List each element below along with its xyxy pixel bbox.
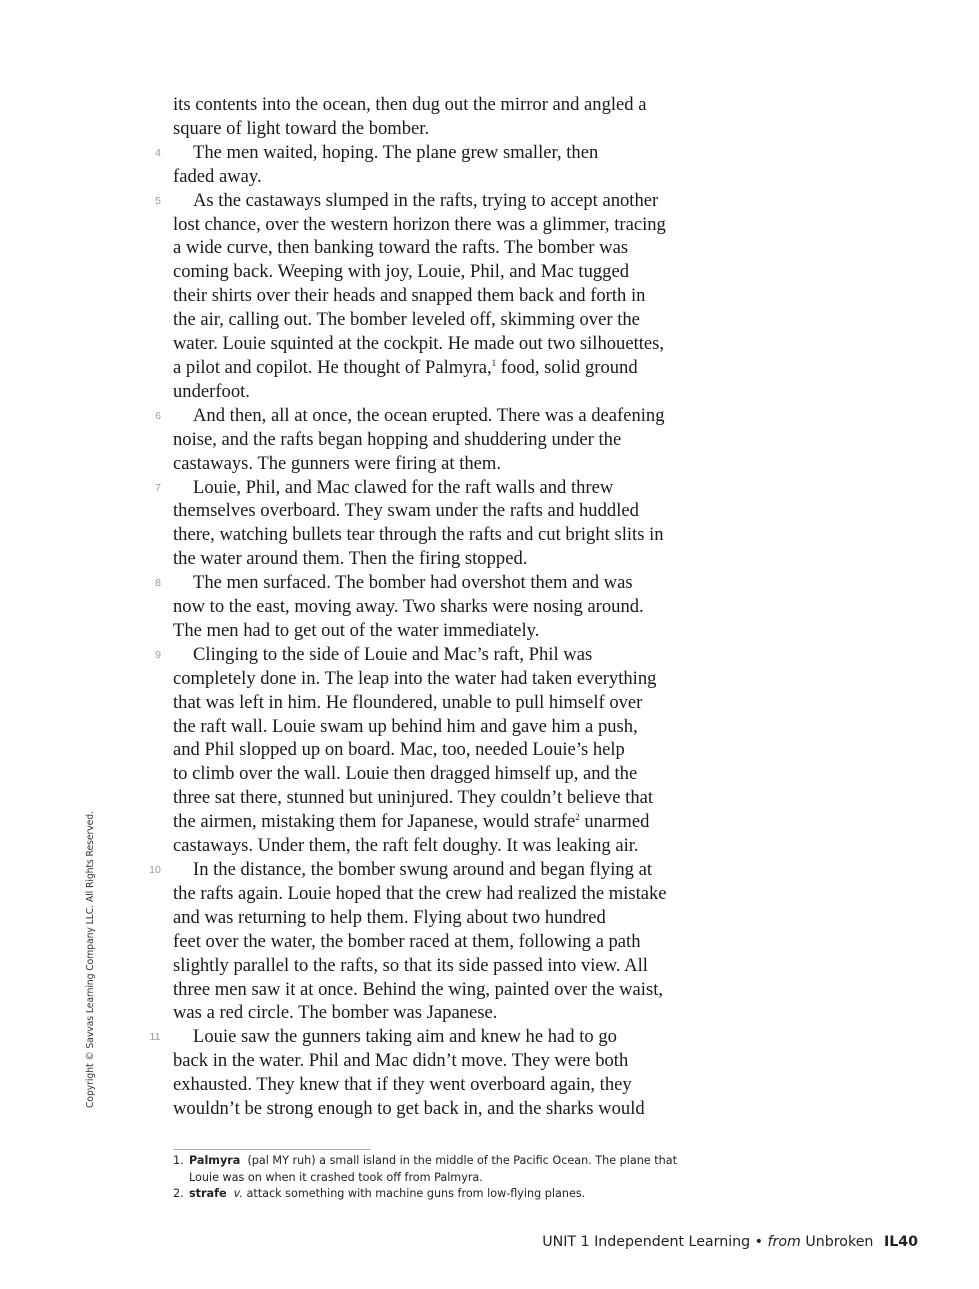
paragraph-4: 4 The men waited, hoping. The plane grew… xyxy=(173,141,733,189)
text-line: there, watching bullets tear through the… xyxy=(173,523,733,547)
text-line: water. Louie squinted at the cockpit. He… xyxy=(173,332,733,356)
text-line-with-footnote: the airmen, mistaking them for Japanese,… xyxy=(173,810,733,834)
text-line: and was returning to help them. Flying a… xyxy=(173,906,733,930)
text-line: now to the east, moving away. Two sharks… xyxy=(173,595,733,619)
text-line: castaways. The gunners were firing at th… xyxy=(173,452,733,476)
paragraph-6: 6 And then, all at once, the ocean erupt… xyxy=(173,404,733,476)
text-line: castaways. Under them, the raft felt dou… xyxy=(173,834,733,858)
paragraph-number: 10 xyxy=(145,862,165,878)
text-line: the air, calling out. The bomber leveled… xyxy=(173,308,733,332)
paragraph-5: 5 As the castaways slumped in the rafts,… xyxy=(173,189,733,404)
paragraph-9: 9 Clinging to the side of Louie and Mac’… xyxy=(173,643,733,858)
text-segment: the airmen, mistaking them for Japanese,… xyxy=(173,811,575,832)
paragraph-number: 8 xyxy=(151,575,165,591)
story-text: its contents into the ocean, then dug ou… xyxy=(173,93,733,1121)
paragraph-number: 6 xyxy=(151,408,165,424)
text-line: noise, and the rafts began hopping and s… xyxy=(173,428,733,452)
text-line: three sat there, stunned but uninjured. … xyxy=(173,786,733,810)
text-segment: a pilot and copilot. He thought of Palmy… xyxy=(173,357,492,378)
footnote-term: strafe xyxy=(189,1187,227,1200)
footnote-number: 1. xyxy=(173,1153,184,1170)
copyright-notice: Copyright © Savvas Learning Company LLC.… xyxy=(85,858,96,1108)
page-footer: UNIT 1 Independent Learning • from Unbro… xyxy=(542,1234,918,1250)
text-line: that was left in him. He floundered, una… xyxy=(173,691,733,715)
text-line-with-footnote: a pilot and copilot. He thought of Palmy… xyxy=(173,356,733,380)
paragraph-11: 11 Louie saw the gunners taking aim and … xyxy=(173,1025,733,1121)
paragraph-7: 7 Louie, Phil, and Mac clawed for the ra… xyxy=(173,476,733,572)
footnote-pronunciation: (pal MY ruh) xyxy=(247,1154,315,1167)
text-line: Louie saw the gunners taking aim and kne… xyxy=(173,1025,733,1049)
text-segment: food, solid ground xyxy=(496,357,638,378)
text-line: Louie, Phil, and Mac clawed for the raft… xyxy=(173,476,733,500)
paragraph-number: 9 xyxy=(151,647,165,663)
text-line: The men surfaced. The bomber had oversho… xyxy=(173,571,733,595)
page-number: IL40 xyxy=(884,1234,918,1250)
text-line: In the distance, the bomber swung around… xyxy=(173,858,733,882)
footnote-definition: a small island in the middle of the Paci… xyxy=(316,1154,677,1167)
text-line: The men had to get out of the water imme… xyxy=(173,619,733,643)
text-line: its contents into the ocean, then dug ou… xyxy=(173,93,733,117)
text-line: was a red circle. The bomber was Japanes… xyxy=(173,1001,733,1025)
footnote-2: 2. strafe v. attack something with machi… xyxy=(173,1186,733,1203)
footnote-part-of-speech: v. xyxy=(234,1187,243,1200)
text-line: feet over the water, the bomber raced at… xyxy=(173,930,733,954)
footer-title: Unbroken xyxy=(805,1234,873,1250)
text-line: slightly parallel to the rafts, so that … xyxy=(173,954,733,978)
text-line: completely done in. The leap into the wa… xyxy=(173,667,733,691)
text-line: the rafts again. Louie hoped that the cr… xyxy=(173,882,733,906)
footnote-definition: attack something with machine guns from … xyxy=(243,1187,585,1200)
paragraph-10: 10 In the distance, the bomber swung aro… xyxy=(173,858,733,1025)
footer-from: from xyxy=(768,1234,801,1250)
paragraph-number: 7 xyxy=(151,480,165,496)
text-line: Clinging to the side of Louie and Mac’s … xyxy=(173,643,733,667)
text-line: The men waited, hoping. The plane grew s… xyxy=(173,141,733,165)
text-line: coming back. Weeping with joy, Louie, Ph… xyxy=(173,260,733,284)
text-line: As the castaways slumped in the rafts, t… xyxy=(173,189,733,213)
document-page: Copyright © Savvas Learning Company LLC.… xyxy=(0,0,979,1289)
text-line: square of light toward the bomber. xyxy=(173,117,733,141)
text-line: and Phil slopped up on board. Mac, too, … xyxy=(173,738,733,762)
text-line: underfoot. xyxy=(173,380,733,404)
text-line: exhausted. They knew that if they went o… xyxy=(173,1073,733,1097)
text-line: And then, all at once, the ocean erupted… xyxy=(173,404,733,428)
text-line: lost chance, over the western horizon th… xyxy=(173,213,733,237)
text-line: three men saw it at once. Behind the win… xyxy=(173,978,733,1002)
text-line: themselves overboard. They swam under th… xyxy=(173,499,733,523)
text-line: to climb over the wall. Louie then dragg… xyxy=(173,762,733,786)
text-line: their shirts over their heads and snappe… xyxy=(173,284,733,308)
text-line: the raft wall. Louie swam up behind him … xyxy=(173,715,733,739)
footnote-1: 1. Palmyra (pal MY ruh) a small island i… xyxy=(173,1153,733,1186)
text-segment: unarmed xyxy=(580,811,650,832)
paragraph-8: 8 The men surfaced. The bomber had overs… xyxy=(173,571,733,643)
paragraph-number: 5 xyxy=(151,193,165,209)
text-line: back in the water. Phil and Mac didn’t m… xyxy=(173,1049,733,1073)
paragraph-number: 11 xyxy=(145,1029,165,1045)
text-line: a wide curve, then banking toward the ra… xyxy=(173,236,733,260)
text-line: wouldn’t be strong enough to get back in… xyxy=(173,1097,733,1121)
footnotes: 1. Palmyra (pal MY ruh) a small island i… xyxy=(173,1153,733,1203)
footer-unit: UNIT 1 Independent Learning • xyxy=(542,1234,763,1250)
text-line: the water around them. Then the firing s… xyxy=(173,547,733,571)
paragraph-number: 4 xyxy=(151,145,165,161)
text-line: faded away. xyxy=(173,165,733,189)
paragraph-continuation: its contents into the ocean, then dug ou… xyxy=(173,93,733,141)
footnote-definition-cont: Louie was on when it crashed took off fr… xyxy=(189,1171,483,1184)
footnote-divider xyxy=(173,1149,371,1150)
footnote-number: 2. xyxy=(173,1186,184,1203)
footnote-term: Palmyra xyxy=(189,1154,240,1167)
